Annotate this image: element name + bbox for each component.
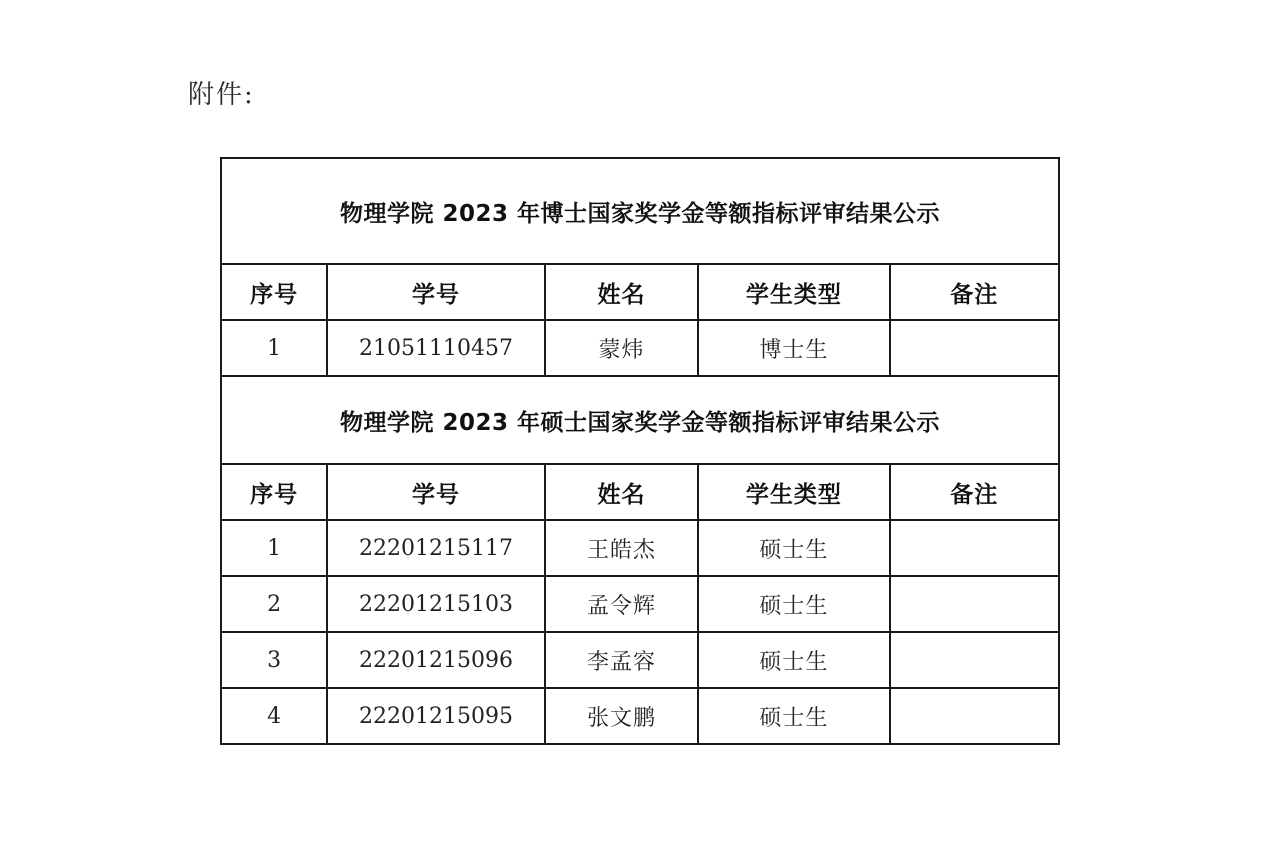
- name-cell: 蒙炜: [545, 320, 698, 376]
- student-type-cell: 硕士生: [698, 688, 889, 744]
- student-id-cell: 22201215095: [327, 688, 545, 744]
- masters-title-row: 物理学院 2023 年硕士国家奖学金等额指标评审结果公示: [221, 376, 1059, 464]
- student-id-cell: 22201215103: [327, 576, 545, 632]
- header-note: 备注: [890, 464, 1059, 520]
- student-type-cell: 硕士生: [698, 576, 889, 632]
- note-cell: [890, 632, 1059, 688]
- student-type-cell: 硕士生: [698, 632, 889, 688]
- student-id-cell: 22201215117: [327, 520, 545, 576]
- table-row: 2 22201215103 孟令辉 硕士生: [221, 576, 1059, 632]
- doctoral-header-row: 序号 学号 姓名 学生类型 备注: [221, 264, 1059, 320]
- student-type-cell: 博士生: [698, 320, 889, 376]
- seq-cell: 1: [221, 520, 327, 576]
- scholarship-results-table: 物理学院 2023 年博士国家奖学金等额指标评审结果公示 序号 学号 姓名 学生…: [220, 157, 1060, 745]
- student-id-cell: 21051110457: [327, 320, 545, 376]
- name-cell: 李孟容: [545, 632, 698, 688]
- table-row: 4 22201215095 张文鹏 硕士生: [221, 688, 1059, 744]
- header-seq: 序号: [221, 264, 327, 320]
- table-row: 1 21051110457 蒙炜 博士生: [221, 320, 1059, 376]
- student-type-cell: 硕士生: [698, 520, 889, 576]
- header-student-id: 学号: [327, 464, 545, 520]
- header-name: 姓名: [545, 464, 698, 520]
- note-cell: [890, 320, 1059, 376]
- note-cell: [890, 576, 1059, 632]
- doctoral-title-row: 物理学院 2023 年博士国家奖学金等额指标评审结果公示: [221, 158, 1059, 264]
- header-student-type: 学生类型: [698, 464, 889, 520]
- student-id-cell: 22201215096: [327, 632, 545, 688]
- note-cell: [890, 688, 1059, 744]
- seq-cell: 2: [221, 576, 327, 632]
- doctoral-section-title: 物理学院 2023 年博士国家奖学金等额指标评审结果公示: [221, 158, 1059, 264]
- masters-header-row: 序号 学号 姓名 学生类型 备注: [221, 464, 1059, 520]
- table-row: 3 22201215096 李孟容 硕士生: [221, 632, 1059, 688]
- table-row: 1 22201215117 王皓杰 硕士生: [221, 520, 1059, 576]
- seq-cell: 1: [221, 320, 327, 376]
- header-seq: 序号: [221, 464, 327, 520]
- seq-cell: 4: [221, 688, 327, 744]
- name-cell: 王皓杰: [545, 520, 698, 576]
- header-note: 备注: [890, 264, 1059, 320]
- name-cell: 孟令辉: [545, 576, 698, 632]
- header-student-type: 学生类型: [698, 264, 889, 320]
- attachment-label: 附件:: [188, 74, 255, 111]
- note-cell: [890, 520, 1059, 576]
- seq-cell: 3: [221, 632, 327, 688]
- name-cell: 张文鹏: [545, 688, 698, 744]
- header-name: 姓名: [545, 264, 698, 320]
- header-student-id: 学号: [327, 264, 545, 320]
- masters-section-title: 物理学院 2023 年硕士国家奖学金等额指标评审结果公示: [221, 376, 1059, 464]
